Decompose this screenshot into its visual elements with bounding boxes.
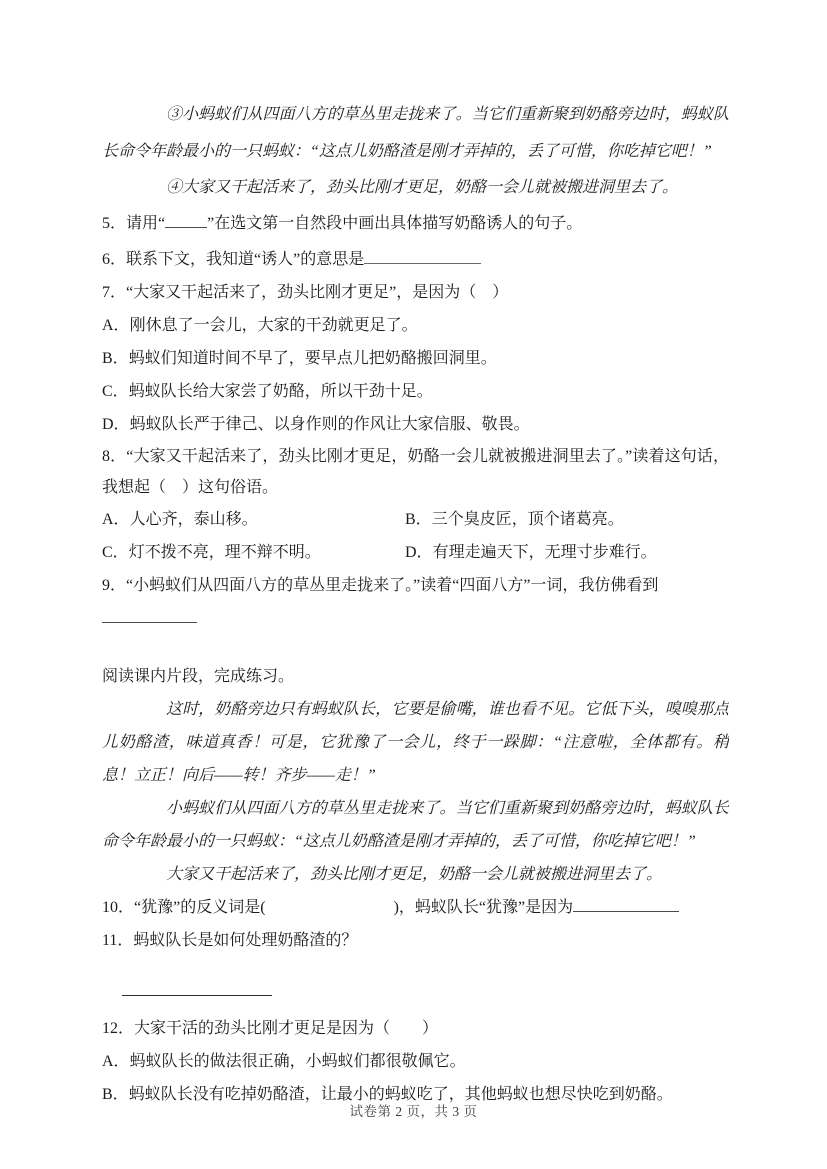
- option-c-text: 灯不拨不亮，理不辩不明。: [129, 544, 321, 561]
- question-10: 10．“犹豫”的反义词是()，蚂蚁队长“犹豫”是因为: [102, 891, 729, 924]
- passage-2-paragraph-3: 大家又干起活来了，劲头比刚才更足，奶酪一会儿就被搬进洞里去了。: [102, 858, 729, 891]
- option-d-text: 有理走遍天下，无理寸步难行。: [433, 544, 657, 561]
- question-7-option-c: C．蚂蚁队长给大家尝了奶酪，所以干劲十足。: [102, 375, 729, 408]
- option-a-text: 刚休息了一会儿，大家的干劲就更足了。: [130, 317, 418, 334]
- passage-paragraph-3: ③小蚂蚁们从四面八方的草丛里走拢来了。当它们重新聚到奶酪旁边时，蚂蚁队长命令年龄…: [102, 97, 729, 170]
- section-2-instruction: 阅读课内片段，完成练习。: [102, 660, 729, 693]
- question-8-options-row-2: C．灯不拨不亮，理不辩不明。 D．有理走遍天下，无理寸步难行。: [102, 536, 729, 569]
- passage-2-paragraph-3-text: 大家又干起活来了，劲头比刚才更足，奶酪一会儿就被搬进洞里去了。: [166, 866, 662, 883]
- passage-2-paragraph-1-text: 这时，奶酪旁边只有蚂蚁队长，它要是偷嘴，谁也看不见。它低下头，嗅嗅那点儿奶酪渣，…: [102, 701, 729, 784]
- question-6-text: 联系下文，我知道“诱人”的意思是: [126, 251, 364, 268]
- question-7-option-b: B．蚂蚁们知道时间不早了，要早点儿把奶酪搬回洞里。: [102, 342, 729, 375]
- question-12-text: 大家干活的劲头比刚才更足是因为（ ）: [134, 1020, 438, 1037]
- passage-2-paragraph-2: 小蚂蚁们从四面八方的草丛里走拢来了。当它们重新聚到奶酪旁边时，蚂蚁队长命令年龄最…: [102, 792, 729, 858]
- question-12-number: 12．: [102, 1020, 134, 1037]
- passage-2-paragraph-2-text: 小蚂蚁们从四面八方的草丛里走拢来了。当它们重新聚到奶酪旁边时，蚂蚁队长命令年龄最…: [102, 800, 729, 850]
- question-8-text: “大家又干起活来了，劲头比刚才更足，奶酪一会儿就被搬进洞里去了。”读着这句话，我…: [102, 448, 729, 496]
- question-8-option-c: C．灯不拨不亮，理不辩不明。: [102, 536, 405, 569]
- option-b-text: 三个臭皮匠，顶个诸葛亮。: [432, 511, 624, 528]
- question-9-answer-blank: [102, 609, 197, 623]
- question-6-number: 6．: [102, 251, 126, 268]
- section-2-instruction-text: 阅读课内片段，完成练习。: [102, 668, 294, 685]
- question-5: 5．请用“”在选文第一自然段中画出具体描写奶酪诱人的句子。: [102, 207, 729, 240]
- question-12-option-a: A．蚂蚁队长的做法很正确，小蚂蚁们都很敬佩它。: [102, 1045, 729, 1078]
- question-10-text-before-paren: “犹豫”的反义词是(: [134, 899, 266, 916]
- test-paper-page: ③小蚂蚁们从四面八方的草丛里走拢来了。当它们重新聚到奶酪旁边时，蚂蚁队长命令年龄…: [0, 0, 827, 1169]
- question-5-number: 5．: [102, 215, 126, 232]
- question-5-answer-blank: [165, 214, 207, 228]
- option-c-text: 蚂蚁队长给大家尝了奶酪，所以干劲十足。: [129, 383, 433, 400]
- option-b-label: B．: [405, 511, 432, 528]
- option-d-label: D．: [405, 544, 433, 561]
- question-6: 6．联系下文，我知道“诱人”的意思是: [102, 243, 729, 276]
- question-11-number: 11．: [102, 932, 133, 949]
- question-7-option-d: D．蚂蚁队长严于律己、以身作则的作风让大家信服、敬畏。: [102, 408, 729, 441]
- question-6-answer-blank: [364, 250, 481, 264]
- option-b-label: B．: [102, 350, 129, 367]
- option-a-label: A．: [102, 511, 130, 528]
- question-7-text: “大家又干起活来了，劲头比刚才更足”，是因为（ ）: [126, 284, 508, 301]
- question-8-option-d: D．有理走遍天下，无理寸步难行。: [405, 536, 729, 569]
- passage-paragraph-3-text: ③小蚂蚁们从四面八方的草丛里走拢来了。当它们重新聚到奶酪旁边时，蚂蚁队长命令年龄…: [102, 106, 729, 160]
- question-10-number: 10．: [102, 899, 134, 916]
- question-11-answer-line: [122, 985, 272, 996]
- passage-2-paragraph-1: 这时，奶酪旁边只有蚂蚁队长，它要是偷嘴，谁也看不见。它低下头，嗅嗅那点儿奶酪渣，…: [102, 693, 729, 792]
- option-a-label: A．: [102, 317, 130, 334]
- page-number-indicator: 试卷第 2 页，共 3 页: [350, 1104, 478, 1119]
- reading-passage-2: 这时，奶酪旁边只有蚂蚁队长，它要是偷嘴，谁也看不见。它低下头，嗅嗅那点儿奶酪渣，…: [102, 693, 729, 891]
- question-10-answer-blank: [573, 898, 679, 912]
- question-8-options-row-1: A．人心齐，泰山移。 B．三个臭皮匠，顶个诸葛亮。: [102, 503, 729, 536]
- option-d-label: D．: [102, 416, 130, 433]
- option-a-text: 人心齐，泰山移。: [130, 511, 258, 528]
- question-8-option-a: A．人心齐，泰山移。: [102, 503, 405, 536]
- option-a-text: 蚂蚁队长的做法很正确，小蚂蚁们都很敬佩它。: [130, 1053, 466, 1070]
- page-footer: 试卷第 2 页，共 3 页: [0, 1100, 827, 1120]
- passage-paragraph-4-text: ④大家又干起活来了，劲头比刚才更足，奶酪一会儿就被搬进洞里去了。: [166, 179, 678, 196]
- question-11-text: 蚂蚁队长是如何处理奶酪渣的？: [133, 932, 357, 949]
- option-b-text: 蚂蚁们知道时间不早了，要早点儿把奶酪搬回洞里。: [129, 350, 497, 367]
- question-12: 12．大家干活的劲头比刚才更足是因为（ ）: [102, 1012, 729, 1045]
- option-c-label: C．: [102, 544, 129, 561]
- question-9-number: 9．: [102, 577, 126, 594]
- option-c-label: C．: [102, 383, 129, 400]
- question-8-number: 8．: [102, 448, 126, 465]
- passage-paragraph-4: ④大家又干起活来了，劲头比刚才更足，奶酪一会儿就被搬进洞里去了。: [102, 170, 729, 207]
- option-d-text: 蚂蚁队长严于律己、以身作则的作风让大家信服、敬畏。: [130, 416, 530, 433]
- question-9: 9．“小蚂蚁们从四面八方的草丛里走拢来了。”读着“四面八方”一词，我仿佛看到: [102, 569, 729, 635]
- question-10-text-after-paren: ，蚂蚁队长“犹豫”是因为: [399, 899, 573, 916]
- option-a-label: A．: [102, 1053, 130, 1070]
- question-11: 11．蚂蚁队长是如何处理奶酪渣的？: [102, 924, 729, 957]
- question-5-text-before-blank: 请用“: [126, 215, 165, 232]
- question-8-option-b: B．三个臭皮匠，顶个诸葛亮。: [405, 503, 729, 536]
- page-content: ③小蚂蚁们从四面八方的草丛里走拢来了。当它们重新聚到奶酪旁边时，蚂蚁队长命令年龄…: [102, 97, 729, 1111]
- question-12-block: 12．大家干活的劲头比刚才更足是因为（ ） A．蚂蚁队长的做法很正确，小蚂蚁们都…: [102, 1012, 729, 1111]
- question-7: 7．“大家又干起活来了，劲头比刚才更足”，是因为（ ）: [102, 276, 729, 309]
- question-7-option-a: A．刚休息了一会儿，大家的干劲就更足了。: [102, 309, 729, 342]
- question-7-number: 7．: [102, 284, 126, 301]
- question-5-text-after-blank: ”在选文第一自然段中画出具体描写奶酪诱人的句子。: [207, 215, 582, 232]
- question-9-text: “小蚂蚁们从四面八方的草丛里走拢来了。”读着“四面八方”一词，我仿佛看到: [126, 577, 658, 594]
- question-8: 8．“大家又干起活来了，劲头比刚才更足，奶酪一会儿就被搬进洞里去了。”读着这句话…: [102, 441, 729, 503]
